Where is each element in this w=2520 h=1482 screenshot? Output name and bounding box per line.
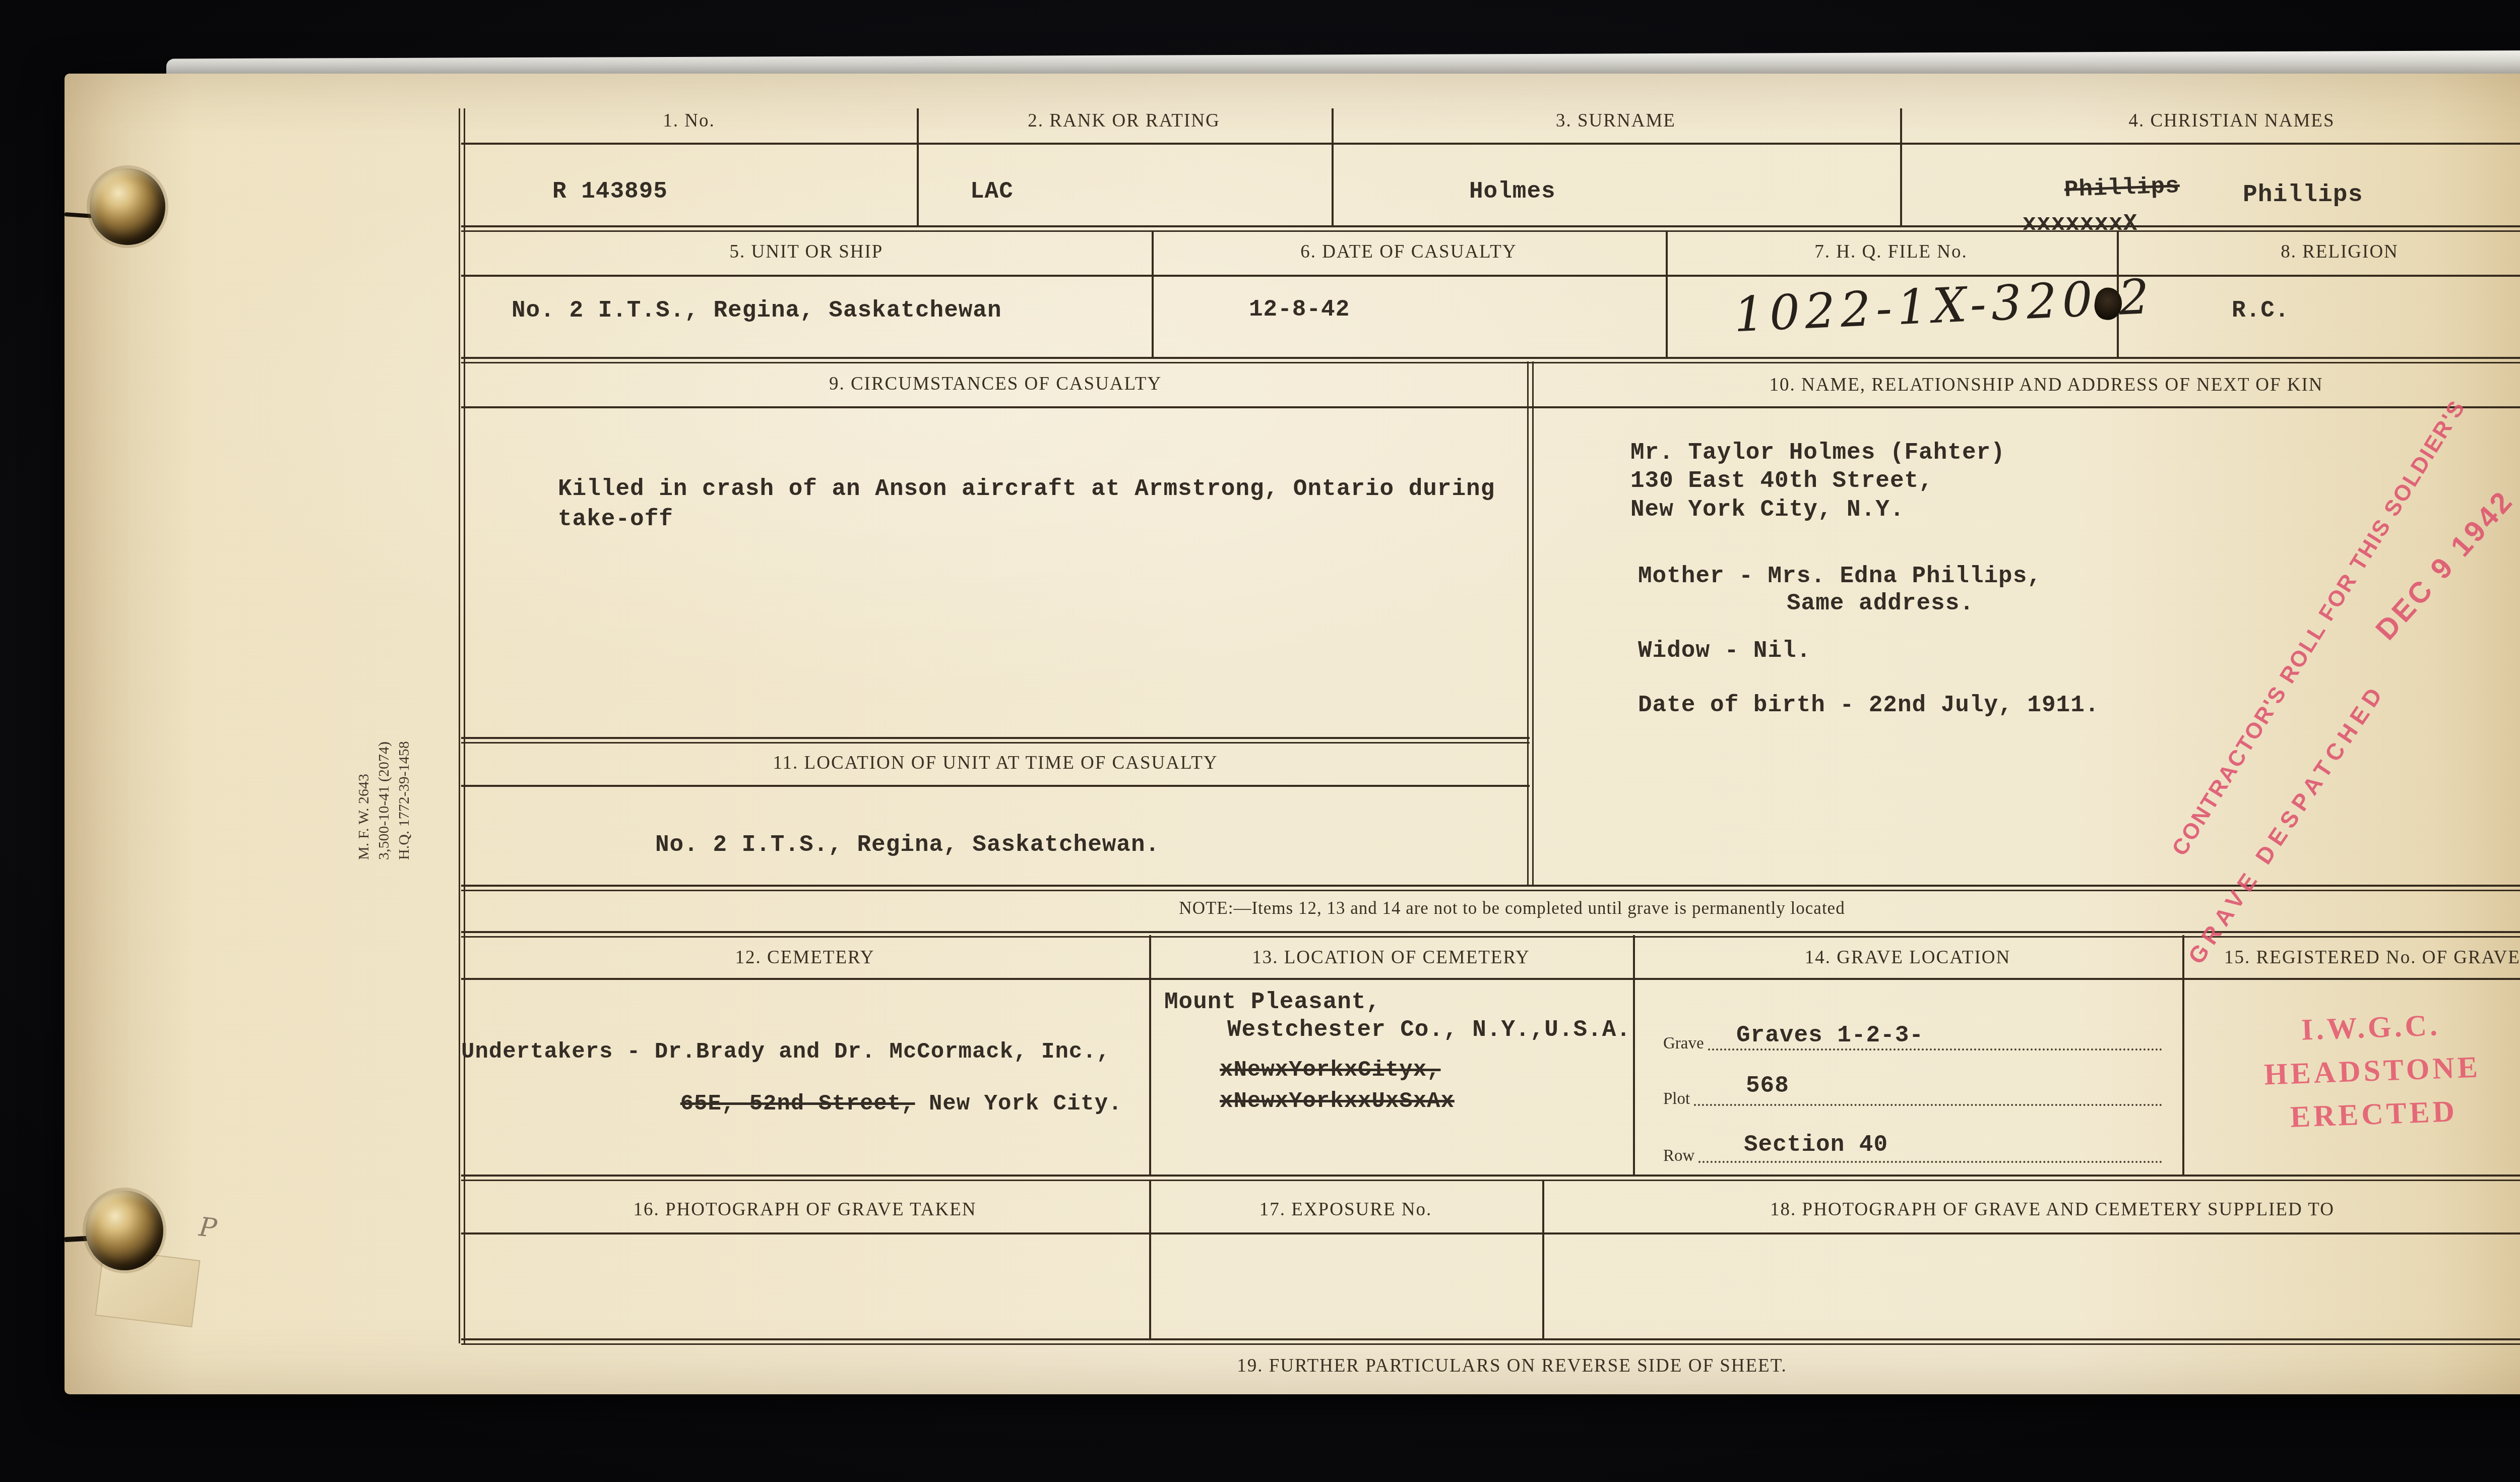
- crossed-out-text: 65E, 52nd Street,: [680, 1091, 915, 1117]
- rule: [461, 275, 2520, 277]
- field-12-label: 12. CEMETERY: [735, 947, 875, 968]
- field-11-label: 11. LOCATION OF UNIT AT TIME OF CASUALTY: [773, 752, 1218, 774]
- crossed-out-text: xxxxxxxX: [2022, 211, 2137, 237]
- table-border-left: [464, 108, 465, 1343]
- plot-label: Plot: [1663, 1090, 1694, 1108]
- field-4-label: 4. CHRISTIAN NAMES: [2128, 110, 2335, 132]
- next-of-kin-line: Mr. Taylor Holmes (Fahter): [1630, 440, 2005, 466]
- field-19-label: 19. FURTHER PARTICULARS ON REVERSE SIDE …: [1237, 1355, 1787, 1377]
- surname-value: Holmes: [1469, 178, 1556, 205]
- iwgc-headstone-erected-stamp: I.W.G.C. HEADSTONE ERECTED: [2262, 1002, 2483, 1140]
- field-16-label: 16. PHOTOGRAPH OF GRAVE TAKEN: [633, 1199, 976, 1220]
- cemetery-line1: Undertakers - Dr.Brady and Dr. McCormack…: [461, 1039, 1110, 1065]
- field-1-label: 1. No.: [663, 110, 715, 132]
- table-border-left: [459, 108, 460, 1343]
- next-of-kin-line: Date of birth - 22nd July, 1911.: [1638, 692, 2099, 718]
- field-10-label: 10. NAME, RELATIONSHIP AND ADDRESS OF NE…: [1769, 374, 2323, 396]
- service-number-value: R 143895: [552, 178, 668, 205]
- row-leader: Row: [1663, 1139, 2162, 1165]
- field-13-label: 13. LOCATION OF CEMETERY: [1252, 947, 1530, 968]
- grave-value: Graves 1-2-3-: [1736, 1022, 1924, 1048]
- rule-double: [461, 885, 2520, 891]
- field-5-label: 5. UNIT OR SHIP: [730, 241, 884, 263]
- plot-leader: Plot: [1663, 1082, 2162, 1108]
- cemetery-location-line1: Mount Pleasant,: [1164, 989, 1380, 1015]
- column-divider: [1900, 108, 1902, 225]
- row-value: Section 40: [1744, 1132, 1888, 1158]
- next-of-kin-line: Mother - Mrs. Edna Phillips,: [1638, 563, 2042, 589]
- sidetext-line: M. F. W. 2643: [354, 623, 374, 860]
- casualty-date-value: 12-8-42: [1249, 296, 1350, 323]
- rule: [461, 406, 2520, 408]
- crossed-out-text: xNewxYorkxCityx,: [1220, 1058, 1440, 1083]
- field-9-label: 9. CIRCUMSTANCES OF CASUALTY: [829, 373, 1162, 395]
- circumstances-line2: take-off: [558, 506, 673, 532]
- next-of-kin-line: New York City, N.Y.: [1630, 497, 1905, 523]
- unit-value: No. 2 I.T.S., Regina, Saskatchewan: [512, 297, 1002, 324]
- field-8-label: 8. RELIGION: [2281, 241, 2399, 263]
- column-divider: [1152, 230, 1154, 357]
- column-divider: [1332, 108, 1334, 225]
- dotted-line: [1698, 1161, 2162, 1163]
- circumstances-line1: Killed in crash of an Anson aircraft at …: [558, 476, 1495, 502]
- rule-double: [461, 225, 2520, 232]
- column-divider: [1149, 1180, 1151, 1338]
- next-of-kin-line: 130 East 40th Street,: [1630, 468, 1933, 494]
- stamp-line: HEADSTONE: [2263, 1045, 2481, 1096]
- field-7-label: 7. H. Q. FILE No.: [1814, 241, 1967, 263]
- rule: [461, 978, 2520, 980]
- column-divider: [1527, 361, 1529, 885]
- rule-double: [461, 357, 2520, 363]
- rule: [461, 143, 2520, 145]
- dotted-line: [1708, 1048, 2162, 1051]
- field-17-label: 17. EXPOSURE No.: [1259, 1199, 1432, 1220]
- rule: [461, 785, 1530, 787]
- pencil-mark: P: [198, 1212, 218, 1244]
- cemetery-line2-rest: New York City.: [915, 1091, 1122, 1117]
- column-divider: [1542, 1180, 1544, 1338]
- stamp-line: I.W.G.C.: [2262, 1002, 2480, 1053]
- column-divider: [1149, 935, 1151, 1175]
- note-line: NOTE:—Items 12, 13 and 14 are not to be …: [1179, 898, 1845, 918]
- unit-location-value: No. 2 I.T.S., Regina, Saskatchewan.: [655, 832, 1160, 858]
- cemetery-location-line2: Westchester Co., N.Y.,U.S.A.: [1227, 1017, 1631, 1043]
- field-15-label: 15. REGISTERED No. OF GRAVE: [2224, 947, 2520, 968]
- rule-double: [461, 737, 1530, 744]
- sidetext-line: 3,500-10-41 (2074): [374, 623, 394, 860]
- plot-value: 568: [1746, 1073, 1789, 1099]
- column-divider: [917, 108, 919, 225]
- dotted-line: [1694, 1104, 2162, 1106]
- punch-hole-bottom: [86, 1191, 163, 1270]
- christian-names-value: Phillips: [2243, 181, 2363, 209]
- grave-label: Grave: [1663, 1034, 1708, 1053]
- stamp-line: ERECTED: [2265, 1088, 2483, 1139]
- punch-hole-top: [90, 168, 165, 245]
- rule: [461, 1232, 2520, 1234]
- form-number-sidetext: M. F. W. 2643 3,500-10-41 (2074) H.Q. 17…: [354, 623, 414, 860]
- sidetext-line: H.Q. 1772-39-1458: [394, 623, 414, 860]
- row-label: Row: [1663, 1147, 1698, 1165]
- cemetery-line2: 65E, 52nd Street, New York City.: [625, 1066, 1122, 1142]
- rule-double: [461, 1175, 2520, 1181]
- field-2-label: 2. RANK OR RATING: [1028, 110, 1220, 132]
- crossed-out-text: xNewxYorkxxUxSxAx: [1220, 1089, 1455, 1114]
- column-divider: [1633, 935, 1635, 1175]
- rule-double: [461, 1338, 2520, 1345]
- next-of-kin-line: Same address.: [1787, 590, 1974, 616]
- field-18-label: 18. PHOTOGRAPH OF GRAVE AND CEMETERY SUP…: [1770, 1199, 2335, 1220]
- next-of-kin-line: Widow - Nil.: [1638, 638, 1811, 664]
- overstruck-text: Phillips: [2064, 173, 2180, 203]
- religion-value: R.C.: [2232, 297, 2289, 324]
- rank-value: LAC: [970, 178, 1014, 205]
- hq-file-part2: 2: [2117, 269, 2155, 326]
- field-14-label: 14. GRAVE LOCATION: [1805, 947, 2010, 968]
- field-3-label: 3. SURNAME: [1556, 110, 1676, 132]
- field-6-label: 6. DATE OF CASUALTY: [1300, 241, 1517, 263]
- column-divider: [1666, 230, 1668, 357]
- column-divider: [2182, 935, 2184, 1175]
- column-divider: [1532, 361, 1534, 885]
